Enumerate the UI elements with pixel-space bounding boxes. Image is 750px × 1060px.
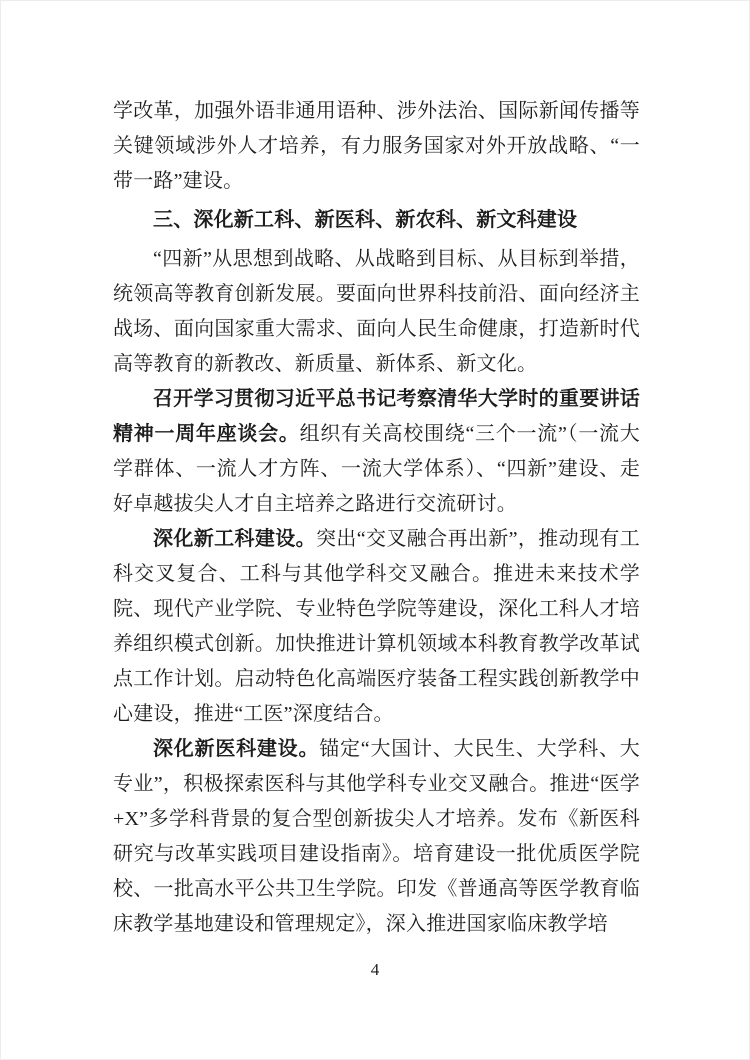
section-heading-text: 三、深化新工科、新医科、新农科、新文科建设 [153, 209, 577, 231]
paragraph-text: 突出“交叉融合再出新”，推动现有工科交叉复合、工科与其他学科交叉融合。推进未来技… [113, 528, 640, 725]
paragraph-text: 锚定“大国计、大民生、大学科、大专业”，积极探索医科与其他学科专业交叉融合。推进… [113, 738, 640, 935]
document-content: 学改革，加强外语非通用语种、涉外法治、国际新闻传播等关键领域涉外人才培养，有力服… [113, 94, 640, 942]
paragraph: 深化新工科建设。突出“交叉融合再出新”，推动现有工科交叉复合、工科与其他学科交叉… [113, 522, 640, 732]
paragraph: 深化新医科建设。锚定“大国计、大民生、大学科、大专业”，积极探索医科与其他学科专… [113, 732, 640, 942]
paragraph-text: 学改革，加强外语非通用语种、涉外法治、国际新闻传播等关键领域涉外人才培养，有力服… [113, 100, 640, 192]
paragraph-lead-bold: 深化新工科建设。 [153, 528, 316, 550]
section-heading: 三、深化新工科、新医科、新农科、新文科建设 [113, 203, 640, 238]
document-page: 学改革，加强外语非通用语种、涉外法治、国际新闻传播等关键领域涉外人才培养，有力服… [0, 0, 750, 1060]
paragraph: “四新”从思想到战略、从战略到目标、从目标到举措，统领高等教育创新发展。要面向世… [113, 242, 640, 382]
paragraph: 学改革，加强外语非通用语种、涉外法治、国际新闻传播等关键领域涉外人才培养，有力服… [113, 94, 640, 199]
paragraph: 召开学习贯彻习近平总书记考察清华大学时的重要讲话精神一周年座谈会。组织有关高校围… [113, 382, 640, 522]
page-number: 4 [1, 959, 749, 981]
paragraph-text: “四新”从思想到战略、从战略到目标、从目标到举措，统领高等教育创新发展。要面向世… [113, 248, 640, 375]
paragraph-lead-bold: 深化新医科建设。 [153, 738, 319, 760]
